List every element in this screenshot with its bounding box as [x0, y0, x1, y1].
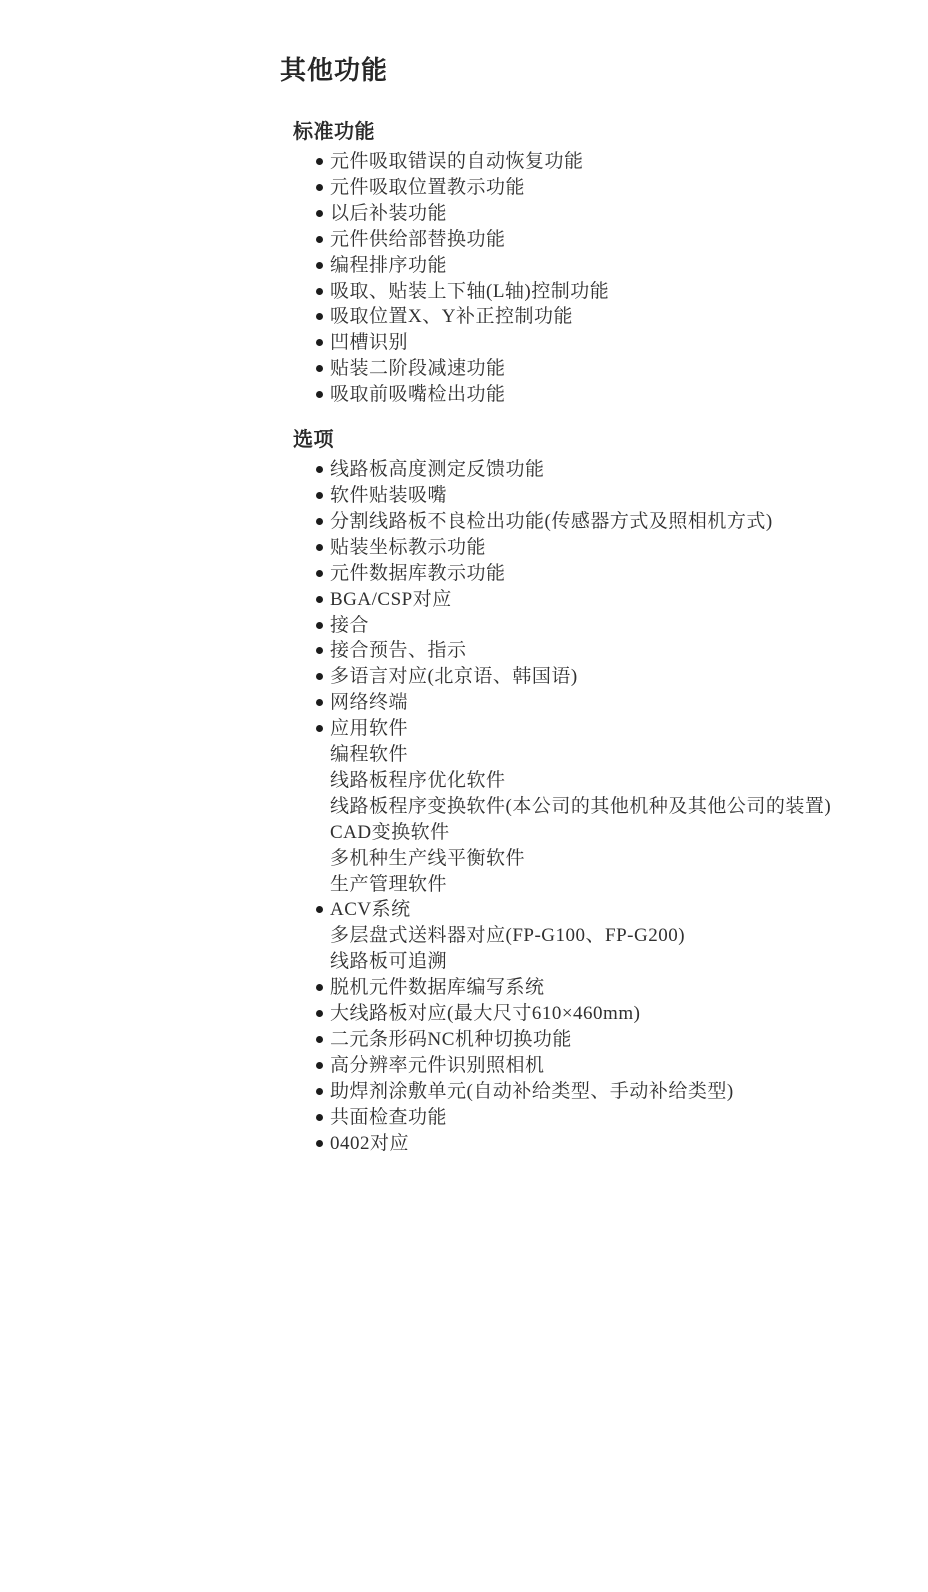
list-item-text: 吸取、贴装上下轴(L轴)控制功能 — [330, 281, 609, 302]
bullet-icon — [316, 288, 323, 295]
list-item: 网络终端 — [293, 690, 903, 716]
list-item-text: 编程排序功能 — [330, 255, 447, 276]
list-item-text: 软件贴装吸嘴 — [330, 485, 447, 506]
list-item-text: 以后补装功能 — [330, 203, 447, 224]
document-page: 其他功能 标准功能元件吸取错误的自动恢复功能元件吸取位置教示功能以后补装功能元件… — [0, 0, 928, 1592]
bullet-icon — [316, 492, 323, 499]
feature-list-standard-functions: 元件吸取错误的自动恢复功能元件吸取位置教示功能以后补装功能元件供给部替换功能编程… — [293, 149, 903, 408]
list-item: 贴装二阶段减速功能 — [293, 356, 903, 382]
bullet-icon — [316, 466, 323, 473]
list-item: 脱机元件数据库编写系统 — [293, 975, 903, 1001]
list-item-text: 二元条形码NC机种切换功能 — [330, 1029, 572, 1050]
list-item-text: 接合 — [330, 615, 369, 636]
list-item-text: 助焊剂涂敷单元(自动补给类型、手动补给类型) — [330, 1081, 734, 1102]
list-item-text: 线路板程序优化软件 — [330, 770, 506, 791]
list-item-text: 高分辨率元件识别照相机 — [330, 1055, 545, 1076]
list-sub-item: 编程软件 — [293, 742, 903, 768]
list-item-text: 多语言对应(北京语、韩国语) — [330, 666, 578, 687]
list-sub-item: 线路板程序变换软件(本公司的其他机种及其他公司的装置) — [293, 794, 903, 820]
bullet-icon — [316, 339, 323, 346]
page-title: 其他功能 — [280, 56, 388, 86]
list-sub-item: 线路板可追溯 — [293, 949, 903, 975]
list-item: 贴装坐标教示功能 — [293, 535, 903, 561]
list-item-text: 元件供给部替换功能 — [330, 229, 506, 250]
list-sub-item: CAD变换软件 — [293, 820, 903, 846]
bullet-icon — [316, 906, 323, 913]
list-item: 分割线路板不良检出功能(传感器方式及照相机方式) — [293, 509, 903, 535]
list-item: 吸取、贴装上下轴(L轴)控制功能 — [293, 279, 903, 305]
list-item-text: CAD变换软件 — [330, 822, 450, 843]
list-item: ACV系统 — [293, 897, 903, 923]
list-sub-item: 多层盘式送料器对应(FP-G100、FP-G200) — [293, 923, 903, 949]
list-item-text: 线路板高度测定反馈功能 — [330, 459, 545, 480]
list-item-text: 吸取位置X、Y补正控制功能 — [330, 306, 573, 327]
bullet-icon — [316, 699, 323, 706]
list-item-text: 编程软件 — [330, 744, 408, 765]
bullet-icon — [316, 1140, 323, 1147]
bullet-icon — [316, 158, 323, 165]
list-item: 软件贴装吸嘴 — [293, 483, 903, 509]
bullet-icon — [316, 1088, 323, 1095]
list-sub-item: 生产管理软件 — [293, 872, 903, 898]
list-item-text: 线路板可追溯 — [330, 951, 447, 972]
list-item-text: 共面检查功能 — [330, 1107, 447, 1128]
list-item: 应用软件 — [293, 716, 903, 742]
bullet-icon — [316, 391, 323, 398]
list-item: 共面检查功能 — [293, 1105, 903, 1131]
list-item: 助焊剂涂敷单元(自动补给类型、手动补给类型) — [293, 1079, 903, 1105]
list-item: 元件数据库教示功能 — [293, 561, 903, 587]
bullet-icon — [316, 1010, 323, 1017]
bullet-icon — [316, 518, 323, 525]
list-item: 元件吸取位置教示功能 — [293, 175, 903, 201]
bullet-icon — [316, 1036, 323, 1043]
list-sub-item: 线路板程序优化软件 — [293, 768, 903, 794]
bullet-icon — [316, 984, 323, 991]
list-item-text: 生产管理软件 — [330, 874, 447, 895]
section-heading-options: 选项 — [293, 427, 903, 453]
list-item: 元件供给部替换功能 — [293, 227, 903, 253]
list-item: 二元条形码NC机种切换功能 — [293, 1027, 903, 1053]
bullet-icon — [316, 596, 323, 603]
bullet-icon — [316, 236, 323, 243]
list-item-text: 贴装坐标教示功能 — [330, 537, 486, 558]
list-item-text: 多层盘式送料器对应(FP-G100、FP-G200) — [330, 925, 685, 946]
list-item-text: 接合预告、指示 — [330, 640, 467, 661]
list-item: 多语言对应(北京语、韩国语) — [293, 664, 903, 690]
list-item-text: 元件数据库教示功能 — [330, 563, 506, 584]
list-item: 0402对应 — [293, 1131, 903, 1157]
list-item: 高分辨率元件识别照相机 — [293, 1053, 903, 1079]
list-item-text: 元件吸取错误的自动恢复功能 — [330, 151, 584, 172]
list-item: 吸取前吸嘴检出功能 — [293, 382, 903, 408]
list-item-text: ACV系统 — [330, 899, 411, 920]
list-item-text: 吸取前吸嘴检出功能 — [330, 384, 506, 405]
bullet-icon — [316, 184, 323, 191]
list-item: 吸取位置X、Y补正控制功能 — [293, 304, 903, 330]
bullet-icon — [316, 673, 323, 680]
list-item: 编程排序功能 — [293, 253, 903, 279]
list-item: 接合预告、指示 — [293, 638, 903, 664]
list-item: 大线路板对应(最大尺寸610×460mm) — [293, 1001, 903, 1027]
list-item-text: 脱机元件数据库编写系统 — [330, 977, 545, 998]
list-item: 线路板高度测定反馈功能 — [293, 457, 903, 483]
list-item-text: 应用软件 — [330, 718, 408, 739]
list-item-text: 多机种生产线平衡软件 — [330, 848, 525, 869]
bullet-icon — [316, 313, 323, 320]
list-item: 凹槽识别 — [293, 330, 903, 356]
list-item-text: BGA/CSP对应 — [330, 589, 452, 610]
bullet-icon — [316, 365, 323, 372]
section-heading-standard-functions: 标准功能 — [293, 119, 903, 145]
bullet-icon — [316, 570, 323, 577]
bullet-icon — [316, 647, 323, 654]
bullet-icon — [316, 622, 323, 629]
bullet-icon — [316, 1062, 323, 1069]
list-item: 接合 — [293, 613, 903, 639]
bullet-icon — [316, 210, 323, 217]
list-item: 元件吸取错误的自动恢复功能 — [293, 149, 903, 175]
list-sub-item: 多机种生产线平衡软件 — [293, 846, 903, 872]
list-item: BGA/CSP对应 — [293, 587, 903, 613]
bullet-icon — [316, 725, 323, 732]
list-item-text: 元件吸取位置教示功能 — [330, 177, 525, 198]
bullet-icon — [316, 262, 323, 269]
list-item: 以后补装功能 — [293, 201, 903, 227]
bullet-icon — [316, 1114, 323, 1121]
sections-container: 标准功能元件吸取错误的自动恢复功能元件吸取位置教示功能以后补装功能元件供给部替换… — [293, 119, 903, 1157]
bullet-icon — [316, 544, 323, 551]
feature-list-options: 线路板高度测定反馈功能软件贴装吸嘴分割线路板不良检出功能(传感器方式及照相机方式… — [293, 457, 903, 1156]
list-item-text: 凹槽识别 — [330, 332, 408, 353]
list-item-text: 贴装二阶段减速功能 — [330, 358, 506, 379]
list-item-text: 线路板程序变换软件(本公司的其他机种及其他公司的装置) — [330, 796, 831, 817]
list-item-text: 网络终端 — [330, 692, 408, 713]
list-item-text: 大线路板对应(最大尺寸610×460mm) — [330, 1003, 640, 1024]
list-item-text: 分割线路板不良检出功能(传感器方式及照相机方式) — [330, 511, 773, 532]
list-item-text: 0402对应 — [330, 1133, 409, 1154]
